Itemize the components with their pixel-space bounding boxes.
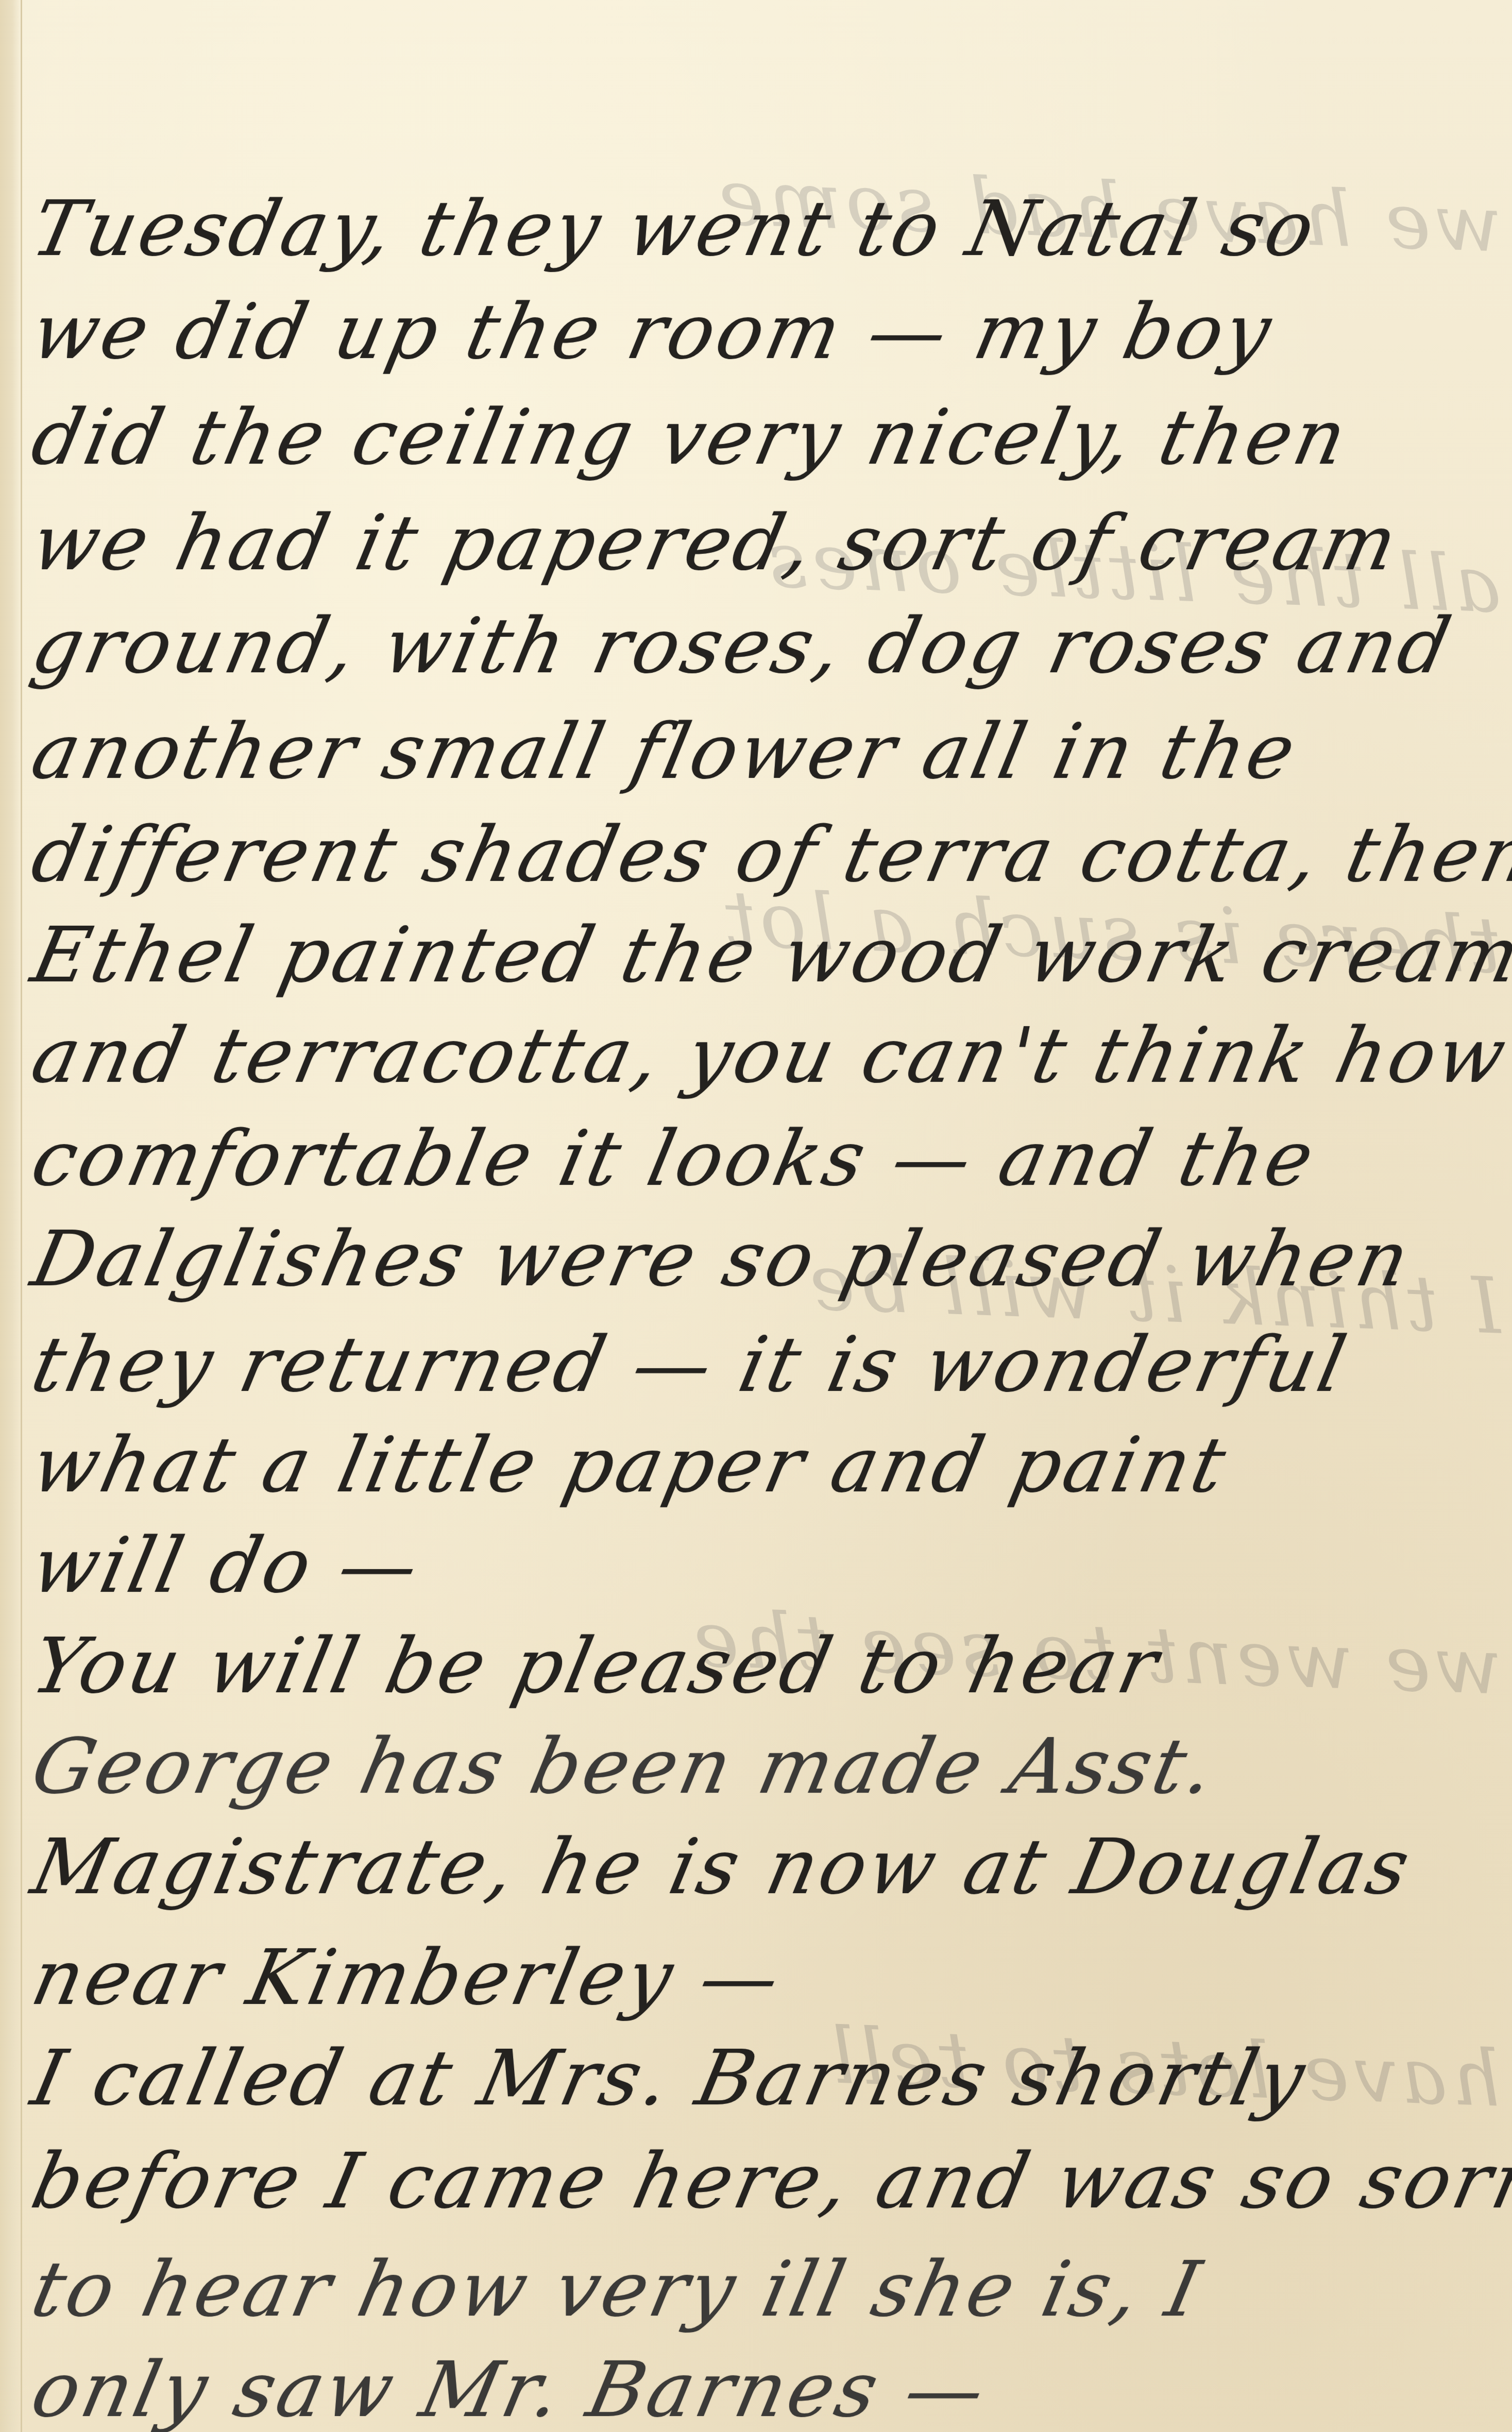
- letter-line: to hear how very ill she is, I: [26, 2251, 1497, 2327]
- letter-line: will do —: [26, 1527, 1497, 1604]
- letter-line: we had it papered, sort of cream: [26, 505, 1497, 581]
- letter-page: we have had some all the little ones the…: [0, 0, 1512, 2432]
- letter-line: and terracotta, you can't think how: [26, 1017, 1497, 1094]
- letter-line: what a little paper and paint: [26, 1427, 1497, 1503]
- letter-line: I called at Mrs. Barnes shortly: [26, 2040, 1497, 2116]
- letter-line: ground, with roses, dog roses and: [26, 608, 1497, 684]
- letter-line: Ethel painted the wood work cream: [26, 917, 1497, 993]
- letter-line: we did up the room — my boy: [26, 294, 1497, 370]
- letter-line: they returned — it is wonderful: [26, 1326, 1497, 1403]
- page-left-edge: [0, 0, 22, 2432]
- letter-line: near Kimberley —: [26, 1940, 1497, 2016]
- letter-line: different shades of terra cotta, then: [26, 817, 1497, 893]
- letter-line: before I came here, and was so sorry: [26, 2143, 1497, 2219]
- letter-line: did the ceiling very nicely, then: [26, 399, 1497, 475]
- letter-line: another small flower all in the: [26, 713, 1497, 790]
- letter-line: George has been made Asst.: [26, 1728, 1497, 1805]
- letter-line: comfortable it looks — and the: [26, 1120, 1497, 1197]
- letter-line: Tuesday, they went to Natal so: [26, 191, 1497, 267]
- letter-line: Dalglishes were so pleased when: [26, 1221, 1497, 1297]
- letter-line: You will be pleased to hear: [26, 1628, 1497, 1704]
- letter-line: only saw Mr. Barnes —: [26, 2352, 1497, 2428]
- letter-line: Magistrate, he is now at Douglas: [26, 1829, 1497, 1905]
